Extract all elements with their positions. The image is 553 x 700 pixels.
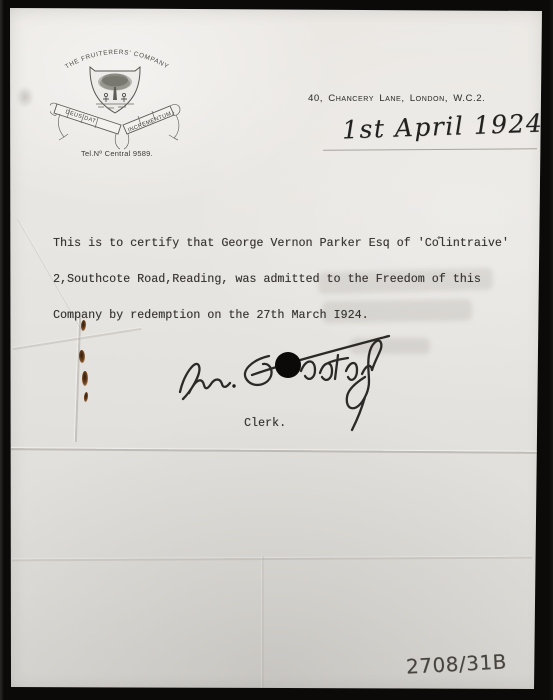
scan-photo: THE FRUITERERS' COMPANY: [0, 0, 553, 700]
crease-line: [75, 316, 81, 442]
address-line: 40, Chancery Lane, London, W.C.2.: [308, 93, 485, 104]
body-line-2: 2,Southcote Road,Reading, was admitted t…: [53, 261, 509, 297]
paper-smudge: [16, 86, 34, 108]
body-line-1: This is to certify that George Vernon Pa…: [53, 225, 509, 261]
telephone-line: Tel.Nº Central 9589.: [81, 149, 153, 158]
crease-line: [11, 448, 539, 454]
rust-stain: [82, 371, 88, 386]
punch-hole: [275, 352, 301, 378]
certificate-body: This is to certify that George Vernon Pa…: [53, 225, 509, 333]
rust-stain: [83, 392, 88, 402]
clerk-signature: [168, 326, 408, 438]
company-name-arc: THE FRUITERERS' COMPANY: [64, 49, 170, 71]
company-crest: THE FRUITERERS' COMPANY: [50, 40, 190, 166]
handwritten-date: 1st April 1924: [342, 108, 544, 144]
rust-stain: [79, 350, 86, 363]
letter-paper: THE FRUITERERS' COMPANY: [0, 0, 553, 700]
signatory-title: Clerk.: [244, 416, 286, 430]
date-rule: [323, 148, 537, 150]
crease-line: [12, 557, 532, 561]
crease-line: [262, 556, 264, 688]
motto-ribbon-right: INCREMENTUM: [123, 104, 180, 149]
reference-number: 2708/31B: [405, 649, 507, 678]
